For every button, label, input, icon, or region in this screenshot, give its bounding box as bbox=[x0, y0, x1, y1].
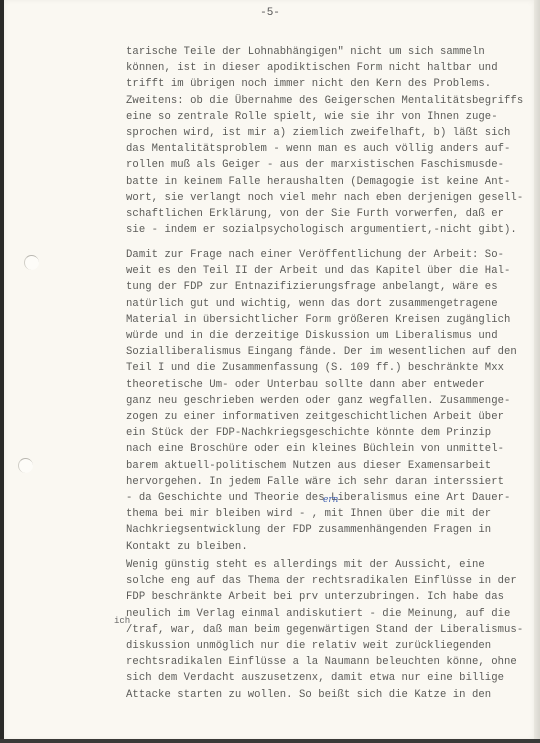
text-line: neulich im Verlag einmal andiskutiert - … bbox=[126, 606, 536, 622]
text-line: FDP beschränkte Arbeit bei prv unterzubr… bbox=[126, 589, 536, 605]
text-line: eine so zentrale Rolle spielt, wie sie i… bbox=[126, 109, 536, 125]
text-line: Nachkriegsentwicklung der FDP zusammenhä… bbox=[126, 522, 536, 538]
text-line: Attacke starten zu wollen. So beißt sich… bbox=[126, 687, 536, 703]
text-line: nach eine Broschüre oder ein kleines Büc… bbox=[126, 441, 536, 457]
page-edge-bottom bbox=[0, 739, 540, 743]
text-line: ganz neu geschrieben werden oder ganz we… bbox=[126, 393, 536, 409]
punch-hole-icon bbox=[18, 458, 33, 473]
text-line: können, ist in dieser apodiktischen Form… bbox=[126, 60, 536, 76]
text-line: /traf, war, daß man beim gegenwärtigen S… bbox=[126, 622, 536, 638]
text-line: ein Stück der FDP-Nachkriegsgeschichte k… bbox=[126, 425, 536, 441]
handwritten-correction: ern bbox=[323, 495, 338, 505]
paragraph-1: tarische Teile der Lohnabhängigen" nicht… bbox=[126, 44, 536, 238]
margin-insert-note: ich bbox=[114, 616, 130, 626]
text-line: schaftlichen Erklärung, von der Sie Furt… bbox=[126, 206, 536, 222]
text-line: tung der FDP zur Entnazifizierungsfrage … bbox=[126, 279, 536, 295]
text-line: würde und in die derzeitige Diskussion u… bbox=[126, 328, 536, 344]
text-line: rollen muß als Geiger - aus der marxisti… bbox=[126, 157, 536, 173]
page-number: -5- bbox=[0, 7, 540, 19]
text-line: tarische Teile der Lohnabhängigen" nicht… bbox=[126, 44, 536, 60]
text-line: hervorgehen. In jedem Falle wäre ich seh… bbox=[126, 474, 536, 490]
paragraph-3: Wenig günstig steht es allerdings mit de… bbox=[126, 557, 536, 703]
text-line: thema bei mir bleiben wird - , mit Ihnen… bbox=[126, 506, 536, 522]
text-line: das Mentalitätsproblem - wenn man es auc… bbox=[126, 141, 536, 157]
text-line: sie - indem er sozialpsychologisch argum… bbox=[126, 222, 536, 238]
paragraph-2: Damit zur Frage nach einer Veröffentlich… bbox=[126, 247, 536, 555]
text-line: rechtsradikalen Einflüsse a la Naumann b… bbox=[126, 654, 536, 670]
text-line: zogen zu einer informativen zeitgeschich… bbox=[126, 409, 536, 425]
text-line: trifft im übrigen noch immer nicht den K… bbox=[126, 76, 536, 92]
text-line: Kontakt zu bleiben. bbox=[126, 539, 536, 555]
text-line: solche eng auf das Thema der rechtsradik… bbox=[126, 573, 536, 589]
text-line: Teil I und die Zusammenfassung (S. 109 f… bbox=[126, 360, 536, 376]
text-line: weit es den Teil II der Arbeit und das K… bbox=[126, 263, 536, 279]
text-line: barem aktuell-politischem Nutzen aus die… bbox=[126, 458, 536, 474]
text-line: Zweitens: ob die Übernahme des Geigersch… bbox=[126, 93, 536, 109]
text-line: wort, sie verlangt noch viel mehr nach e… bbox=[126, 190, 536, 206]
text-line: Sozialliberalismus Eingang fände. Der im… bbox=[126, 344, 536, 360]
text-line: diskussion unmöglich nur die relativ wei… bbox=[126, 638, 536, 654]
text-line: theoretische Um- oder Unterbau sollte da… bbox=[126, 377, 536, 393]
text-line: Material in übersichtlicher Form größere… bbox=[126, 312, 536, 328]
text-line: Damit zur Frage nach einer Veröffentlich… bbox=[126, 247, 536, 263]
text-line: sprochen wird, ist mir a) ziemlich zweif… bbox=[126, 125, 536, 141]
text-line: Wenig günstig steht es allerdings mit de… bbox=[126, 557, 536, 573]
text-line: sich dem Verdacht auszusetzenx, damit et… bbox=[126, 670, 536, 686]
text-line: batte in keinem Falle heraushalten (Dema… bbox=[126, 174, 536, 190]
punch-hole-icon bbox=[24, 255, 39, 270]
text-line: natürlich gut und wichtig, wenn das dort… bbox=[126, 296, 536, 312]
